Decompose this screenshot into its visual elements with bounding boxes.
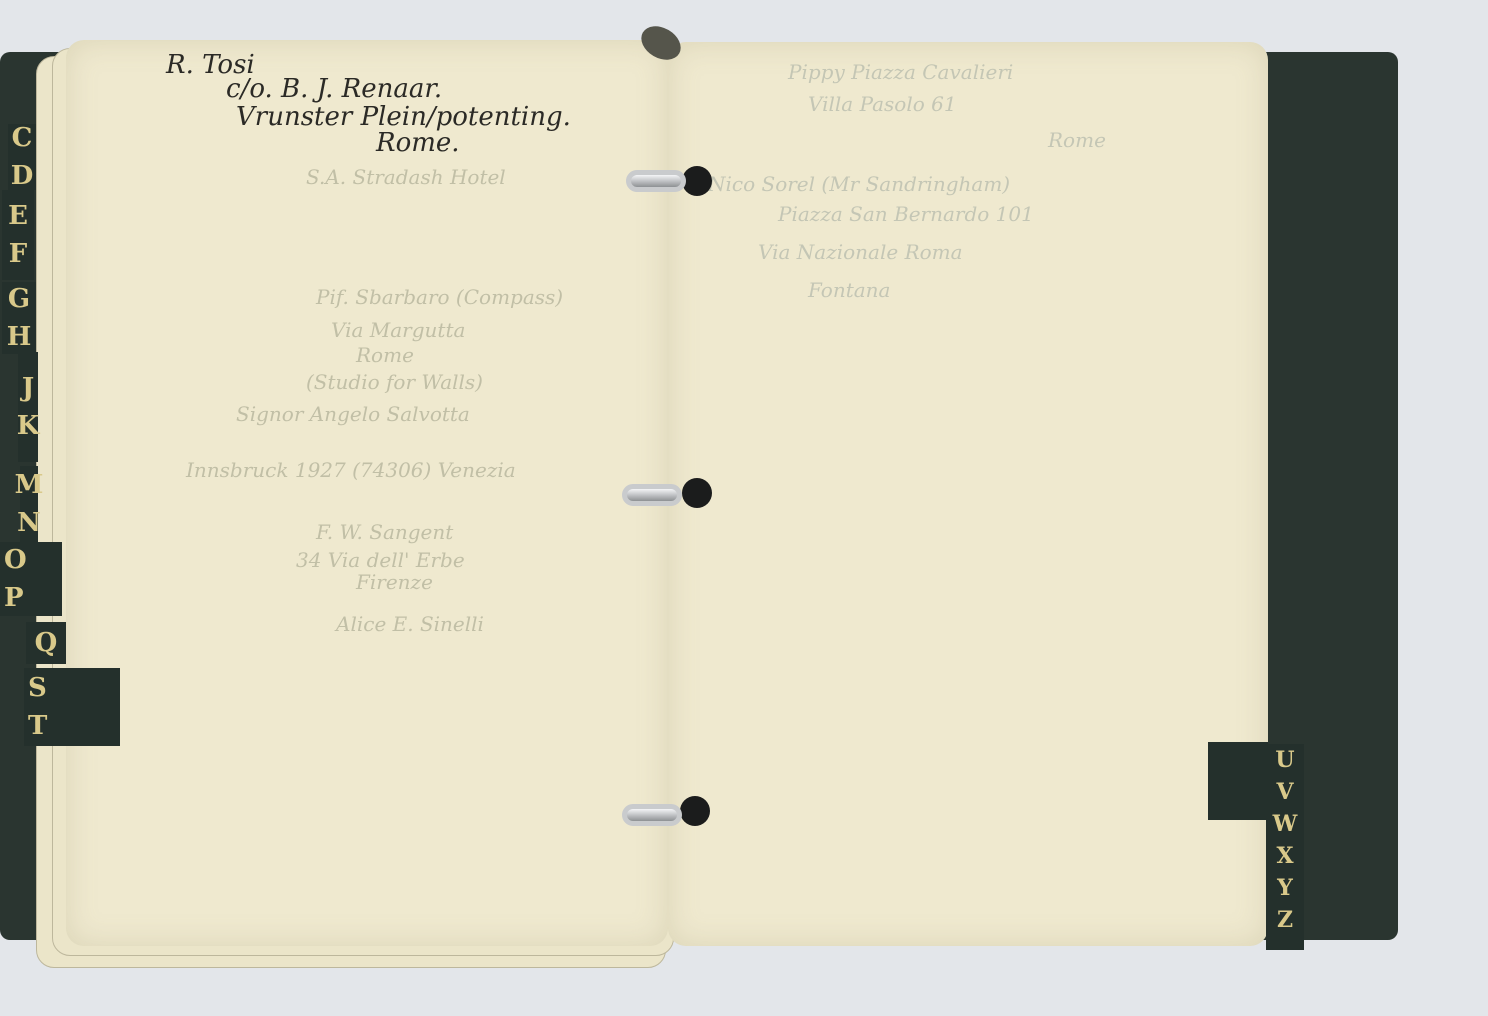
tab-letter: S (28, 669, 47, 707)
tab-letter: H (7, 318, 32, 356)
tab-letter: Q (35, 624, 58, 662)
index-tab[interactable]: CD (8, 124, 36, 190)
faded-entry: Rome (356, 343, 414, 367)
right-page: Pippy Piazza Cavalieri Villa Pasolo 61 R… (668, 42, 1268, 946)
index-tab-right-block[interactable] (1208, 742, 1268, 820)
faded-entry: Firenze (356, 570, 433, 594)
index-tab[interactable]: MN (20, 466, 38, 542)
tab-letter: K (17, 407, 40, 445)
tab-letter: W (1273, 808, 1298, 840)
binder-ring (626, 170, 686, 192)
faded-entry: Signor Angelo Salvotta (236, 402, 470, 426)
faded-entry: Rome (1048, 128, 1106, 152)
binder-ring (622, 804, 682, 826)
faded-entry: Pif. Sbarbaro (Compass) (316, 285, 563, 309)
tab-letter: Z (1277, 904, 1293, 936)
index-tab[interactable]: OP (0, 542, 62, 616)
binder-ring (622, 484, 682, 506)
faded-entry: Via Nazionale Roma (758, 240, 963, 264)
faded-entry: Alice E. Sinelli (336, 612, 484, 636)
tab-letter: P (4, 579, 24, 617)
faded-entry: Fontana (808, 278, 890, 302)
index-tab[interactable]: GH (2, 282, 36, 354)
left-page: R. Tosi c/o. B. J. Renaar. Vrunster Plei… (66, 40, 668, 946)
faded-entry: Innsbruck 1927 (74306) Venezia (186, 458, 516, 482)
tab-letter: V (1276, 776, 1293, 808)
faded-entry: Via Margutta (331, 318, 465, 342)
faded-entry: S.A. Stradash Hotel (306, 165, 506, 189)
faded-entry: Piazza San Bernardo 101 (778, 202, 1034, 226)
tab-letter: J (22, 369, 34, 407)
index-tab[interactable]: ST (24, 668, 120, 746)
tab-letter: O (4, 541, 27, 579)
handwritten-line: Rome. (376, 128, 460, 158)
faded-entry: Nico Sorel (Mr Sandringham) (708, 172, 1010, 196)
faded-entry: Villa Pasolo 61 (808, 92, 957, 116)
index-tab[interactable]: UVWXYZ (1266, 744, 1304, 950)
tab-letter: F (9, 235, 27, 273)
faded-entry: (Studio for Walls) (306, 370, 483, 394)
faded-entry: F. W. Sangent (316, 520, 453, 544)
tab-letter: E (8, 197, 28, 235)
ring-hole (682, 478, 712, 508)
tab-letter: T (28, 707, 47, 745)
handwritten-line: c/o. B. J. Renaar. (226, 74, 442, 104)
index-tab[interactable]: JK (18, 352, 38, 462)
faded-entry: Pippy Piazza Cavalieri (788, 60, 1013, 84)
tab-letter: M (15, 466, 44, 504)
tab-letter: U (1275, 744, 1294, 776)
index-tab[interactable]: EF (2, 190, 34, 280)
ring-hole (682, 166, 712, 196)
ring-hole (680, 796, 710, 826)
tab-letter: G (8, 280, 30, 318)
index-tab[interactable]: Q (26, 622, 66, 664)
faded-entry: 34 Via dell' Erbe (296, 548, 465, 572)
tab-letter: N (17, 504, 41, 542)
tab-letter: Y (1277, 872, 1293, 904)
tab-letter: X (1276, 840, 1293, 872)
tab-letter: C (12, 119, 33, 157)
